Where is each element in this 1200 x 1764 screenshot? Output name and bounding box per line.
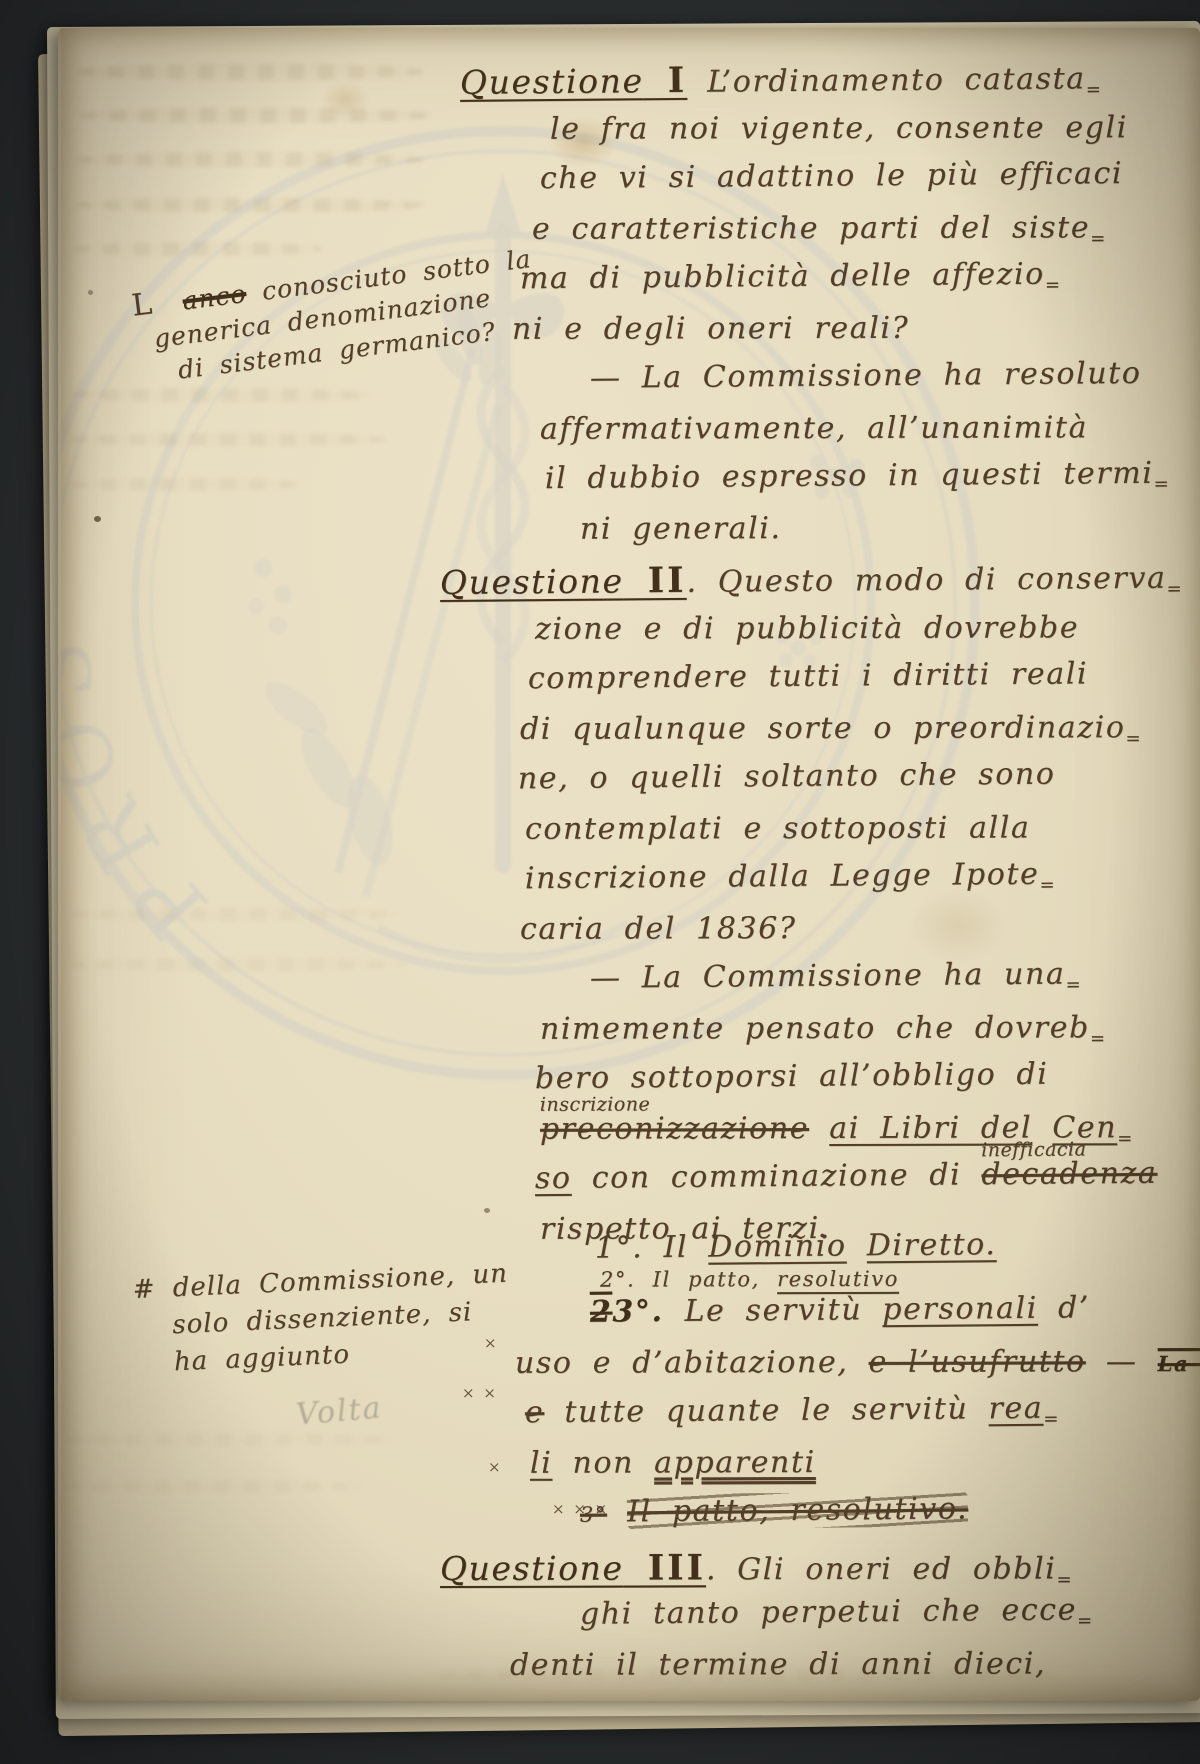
handwriting-segment [846, 1228, 866, 1263]
struck-word: anco [181, 279, 248, 316]
handwriting-segment: il dubbio espresso in questi termi [545, 456, 1154, 496]
handwriting-segment: personali [882, 1291, 1038, 1327]
handwriting-segment: II [623, 560, 686, 602]
handwriting-segment: li [530, 1446, 552, 1481]
handwriting-segment: contemplati e sottoposti alla [525, 810, 1031, 846]
handwriting-segment: Questione [440, 1549, 624, 1588]
manuscript-line: — La Commissione ha una= [440, 956, 1160, 1012]
handwriting-segment: bero sottoporsi all’obbligo di [535, 1057, 1049, 1096]
bleed-through-text [72, 388, 372, 402]
handwriting-segment: = [1043, 1409, 1058, 1430]
handwriting-segment: comprendere tutti i diritti reali [528, 656, 1089, 696]
handwriting-segment: inscrizione dalla Legge Ipote [525, 857, 1040, 896]
struck-word: preconizzazione [540, 1111, 809, 1147]
manuscript-line: — La Commissione ha resoluto [440, 356, 1160, 412]
manuscript-line: ma di pubblicità delle affezio= [440, 256, 1160, 312]
handwriting-segment: . Gli oneri ed obbli [706, 1551, 1057, 1587]
handwriting-segment: 1°. Il [595, 1230, 709, 1266]
handwriting-segment: nimemente pensato che dovreb [540, 1010, 1090, 1046]
handwriting-segment: Questione [440, 561, 624, 602]
superscript-insertion: inscrizione [540, 1093, 650, 1115]
handwriting-segment: con comminazione di [571, 1157, 981, 1196]
handwriting-segment: le fra noi vigente, consente egli [550, 110, 1128, 147]
handwriting-segment: zione e di pubblicità dovrebbe [535, 610, 1079, 646]
leaf [257, 673, 335, 743]
manuscript-line: Questione III. Gli oneri ed obbli= [440, 1546, 1160, 1598]
handwriting-segment: di qualunque sorte o preordinazio [520, 710, 1126, 747]
manuscript-line: che vi si adattino le più efficaci [440, 156, 1160, 212]
bleed-through-text [66, 1433, 396, 1446]
bleed-through-text [70, 478, 300, 491]
reference-mark: × × × [552, 1500, 609, 1518]
handwriting-segment: — La Commissione ha una [590, 957, 1066, 996]
handwriting-segment: = [1154, 474, 1169, 495]
handwriting-segment: = [1090, 1028, 1105, 1049]
leaf [290, 721, 365, 815]
handwriting-segment: rea [988, 1391, 1043, 1426]
handwriting-segment: 2°. Il patto, [600, 1267, 777, 1291]
struck-word: decadenza [981, 1156, 1157, 1193]
leaf [339, 771, 400, 870]
manuscript-line: di qualunque sorte o preordinazio= [440, 710, 1160, 762]
handwriting-segment: = [1090, 228, 1105, 249]
manuscript-line: denti il termine di anni dieci, [440, 1646, 1160, 1698]
handwriting-segment: tutte quante le servitù [544, 1391, 989, 1430]
handwriting-segment: non [552, 1445, 654, 1480]
manuscript-line: so con comminazione di inefficaciadecade… [440, 1156, 1160, 1212]
manuscript-line: zione e di pubblicità dovrebbe [440, 610, 1160, 662]
handwriting-segment: ma di pubblicità delle affezio [520, 257, 1045, 297]
manuscript-line: ni generali. [440, 510, 1160, 562]
bleed-through-text [70, 908, 400, 921]
superscript-insertion: inefficacia [981, 1138, 1086, 1161]
manuscript-line: e tutte quante le servitù rea= [440, 1390, 1160, 1446]
handwriting-segment: so [535, 1161, 572, 1196]
handwriting-segment: Le servitù [684, 1292, 882, 1329]
manuscript-line: affermativamente, all’unanimità [440, 410, 1160, 462]
handwriting-segment [809, 1111, 829, 1146]
manuscript-line: li non apparenti [440, 1444, 1160, 1496]
scan-backdrop: PROSPERITATI PVBLICAE [0, 0, 1200, 1764]
handwriting-segment: = [1045, 275, 1060, 296]
seal-inscription: PROSPERITATI PVBLICAE [58, 28, 227, 957]
handwriting-segment: — [1086, 1344, 1158, 1379]
manuscript-line: ghi tanto perpetui che ecce= [440, 1592, 1160, 1648]
manuscript-line: inscrizione dalla Legge Ipote= [440, 856, 1160, 912]
handwriting-segment: ni e degli oneri reali? [512, 311, 909, 347]
manuscript-line: Questione I L’ordinamento catasta= [440, 56, 1160, 112]
paper-edge-highlight [58, 28, 61, 1701]
ink-speck [94, 516, 101, 522]
bleed-through-text [80, 108, 432, 123]
struck-word: e [525, 1395, 545, 1430]
reference-mark: × [484, 1334, 499, 1352]
handwriting-segment: denti il termine di anni dieci, [510, 1646, 1046, 1682]
manuscript-line: 23°. Le servitù personali d’ [440, 1290, 1160, 1346]
manuscript-line: comprendere tutti i diritti reali [440, 656, 1160, 712]
margin-note-commission: # della Commissione, un solo dissenzient… [132, 1256, 512, 1383]
handwriting-segment: uso e d’abitazione, [515, 1345, 869, 1381]
handwriting-segment: = [1166, 579, 1181, 600]
handwriting-segment: = [1125, 728, 1140, 749]
manuscript-line: uso e d’abitazione, e l’usufrutto — La m… [440, 1344, 1160, 1396]
handwriting-segment: d’ [1038, 1290, 1090, 1325]
manuscript-line: le fra noi vigente, consente egli [440, 110, 1160, 162]
manuscript-line: ne, o quelli soltanto che sono [440, 756, 1160, 812]
bleed-through-text [76, 152, 424, 167]
reference-mark: × × [462, 1384, 498, 1402]
berry [248, 598, 264, 614]
handwriting-segment: Questione [460, 61, 644, 102]
bleed-through-text [73, 242, 323, 256]
handwriting-segment: Dominio [708, 1228, 847, 1264]
reference-mark: × [488, 1458, 503, 1476]
handwriting-segment: III [624, 1547, 706, 1588]
bleed-through-text [70, 433, 385, 446]
struck-word: e l’usufrutto [869, 1344, 1086, 1380]
handwriting-segment: = [1077, 1610, 1092, 1631]
manuscript-line: ni e degli oneri reali? [440, 310, 1160, 362]
bleed-through-text [78, 64, 423, 80]
handwriting-segment: e caratteristiche parti del siste [532, 210, 1090, 246]
bleed-through-text [74, 198, 426, 212]
handwriting-segment: caria del 1836? [520, 911, 797, 947]
handwriting-segment: Il patto, resolutivo. [627, 1491, 968, 1529]
manuscript-line: il dubbio espresso in questi termi= [440, 456, 1160, 512]
handwriting-segment: I [643, 60, 687, 101]
manuscript-line: 3° Il patto, resolutivo. [440, 1490, 1160, 1546]
berry [274, 585, 292, 603]
manuscript-line: Questione II. Questo modo di conserva= [440, 556, 1160, 612]
berry [254, 559, 272, 577]
handwriting-segment: . Questo modo di conserva [686, 561, 1166, 600]
bleed-through-text [64, 1480, 364, 1493]
struck-word: La maggioranza [1158, 1351, 1200, 1377]
handwriting-segment: — La Commissione ha resoluto [590, 356, 1142, 396]
handwriting-segment: 3°. [612, 1294, 684, 1330]
handwriting-segment: ghi tanto perpetui che ecce [580, 1592, 1077, 1631]
handwriting-segment: ni generali. [580, 511, 782, 547]
handwriting-segment [607, 1494, 627, 1529]
handwriting-segment: che vi si adattino le più efficaci [540, 156, 1123, 196]
berry [269, 617, 287, 635]
manuscript-line: caria del 1836? [440, 910, 1160, 962]
handwriting-segment: resolutivo [777, 1267, 899, 1291]
handwriting-segment: = [1039, 875, 1054, 896]
manuscript-body: Questione I L’ordinamento catasta=le fra… [440, 62, 1160, 1698]
insertion-mark: L [130, 286, 155, 323]
handwriting-segment: = [1086, 79, 1101, 100]
struck-word: 2 [590, 1294, 613, 1329]
handwriting-segment: ne, o quelli soltanto che sono [518, 757, 1056, 797]
stain [320, 80, 370, 118]
pencil-note: Volta [295, 1390, 384, 1432]
handwriting-segment: Diretto. [867, 1227, 997, 1263]
handwriting-segment: apparenti [654, 1445, 816, 1480]
manuscript-line: nimemente pensato che dovreb= [440, 1010, 1160, 1062]
bleed-through-text [68, 958, 408, 971]
handwriting-segment: = [1065, 974, 1080, 995]
ink-speck [88, 290, 93, 295]
handwriting-segment: = [1056, 1569, 1071, 1590]
handwriting-segment: affermativamente, all’unanimità [540, 410, 1088, 446]
handwriting-segment: L’ordinamento catasta [687, 61, 1086, 99]
manuscript-page: PROSPERITATI PVBLICAE [58, 28, 1200, 1701]
handwriting-segment: = [1117, 1128, 1132, 1149]
manuscript-line: e caratteristiche parti del siste= [440, 210, 1160, 262]
manuscript-line: contemplati e sottoposti alla [440, 810, 1160, 862]
